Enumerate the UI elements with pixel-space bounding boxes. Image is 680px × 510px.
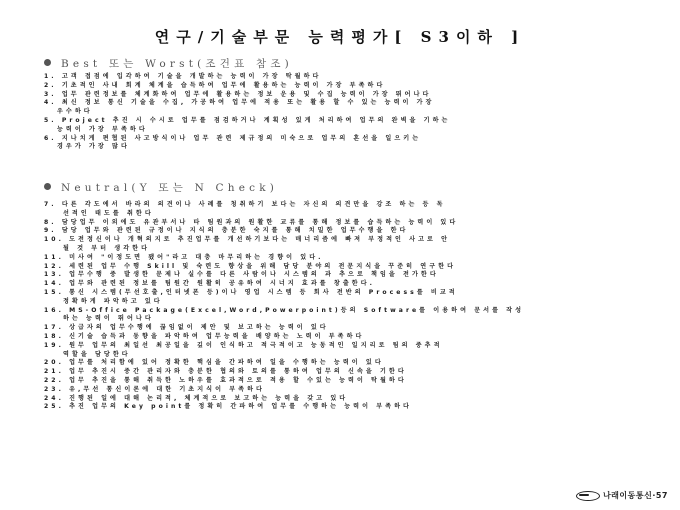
list-item: 4. 최신 정보 통신 기술을 수집, 가공하여 업무에 적용 또는 활용 할 …: [44, 99, 664, 117]
list-item: 23. 유,무선 통신이론에 대한 기초지식이 부족하다: [44, 386, 664, 395]
footer: 나래이동통신 ·57: [576, 490, 668, 501]
list-item: 15. 통신 시스템(무선호출,인터넷폰 등)이나 영업 시스템 등 회사 전반…: [44, 289, 664, 307]
list-item: 25. 추진 업무의 Key point를 정확히 간파하여 업무를 수행하는 …: [44, 403, 664, 412]
list-item: 17. 상급자의 업무수행에 끊임없이 제안 및 보고하는 능력이 있다: [44, 324, 664, 333]
section-heading-text: Best 또는 Worst(조건표 참조): [61, 58, 293, 70]
list-item: 6. 지나치게 편협된 사고방식이나 업무 관련 제규정의 미숙으로 업무의 혼…: [44, 135, 664, 153]
list-item: 24. 진행된 일에 대해 논리적, 체계적으로 보고하는 능력을 갖고 있다: [44, 395, 664, 404]
neutral-list: 7. 다른 각도에서 바라의 의견이나 사례를 청취하기 보다는 자신의 의견만…: [44, 201, 664, 412]
section-heading-text: Neutral(Y 또는 N Check): [61, 182, 278, 194]
section-heading-neutral: Neutral(Y 또는 N Check): [44, 180, 278, 195]
list-item: 16. MS-Office Package(Excel,Word,Powerpo…: [44, 307, 664, 325]
section-heading-best-worst: Best 또는 Worst(조건표 참조): [44, 56, 293, 71]
bullet-icon: [44, 183, 51, 190]
list-item: 20. 업무를 처리함에 있어 정확한 핵심을 간파하여 일을 수행하는 능력이…: [44, 359, 664, 368]
page-title: 연구/기술부문 능력평가[ S3이하 ]: [0, 26, 680, 47]
list-item: 11. 미사여 "이정도면 됐어"라고 대충 마무리하는 경향이 있다.: [44, 254, 664, 263]
page-number: ·57: [652, 491, 668, 500]
list-item: 2. 기초적인 사내 회계 체계을 습득하여 업무에 활용하는 능력이 가장 부…: [44, 82, 664, 91]
best-worst-list: 1. 고객 접점에 입각하여 기술을 개발하는 능력이 가장 탁월하다 2. 기…: [44, 73, 664, 152]
list-item: 9. 담당 업무와 관련된 규정이나 지식의 충분한 숙지를 통해 치밀한 업무…: [44, 227, 664, 236]
list-item: 19. 원무 업무의 최일선 최공일을 깊이 인식하고 적극적이고 능동적인 일…: [44, 342, 664, 360]
list-item: 22. 업무 추진을 통해 취득한 노하우를 효과적으로 적용 할 수있는 능력…: [44, 377, 664, 386]
list-item: 5. Project 추진 시 수시로 업무를 점검하거나 계획성 있게 처리하…: [44, 117, 664, 135]
list-item: 18. 신기술 습득과 동향을 파악하여 업무능력을 배양하는 노력이 부족하다: [44, 333, 664, 342]
list-item: 14. 업무와 관련된 정보를 팀원간 원활히 공유하여 시너지 효과를 창출한…: [44, 280, 664, 289]
list-item: 7. 다른 각도에서 바라의 의견이나 사례를 청취하기 보다는 자신의 의견만…: [44, 201, 664, 219]
company-logo-icon: [576, 491, 600, 501]
list-item: 13. 업무수행 중 발생한 문제나 실수를 다른 사람이나 시스템의 과 추으…: [44, 271, 664, 280]
bullet-icon: [44, 59, 51, 66]
company-name: 나래이동통신: [603, 490, 652, 501]
list-item: 10. 도전정신이나 개혁의지로 추진업무를 개선하기보다는 매너리즘에 빠져 …: [44, 236, 664, 254]
list-item: 21. 업무 추진시 중간 관리자와 충분한 협의와 토의를 통하여 업무의 신…: [44, 368, 664, 377]
list-item: 1. 고객 접점에 입각하여 기술을 개발하는 능력이 가장 탁월하다: [44, 73, 664, 82]
